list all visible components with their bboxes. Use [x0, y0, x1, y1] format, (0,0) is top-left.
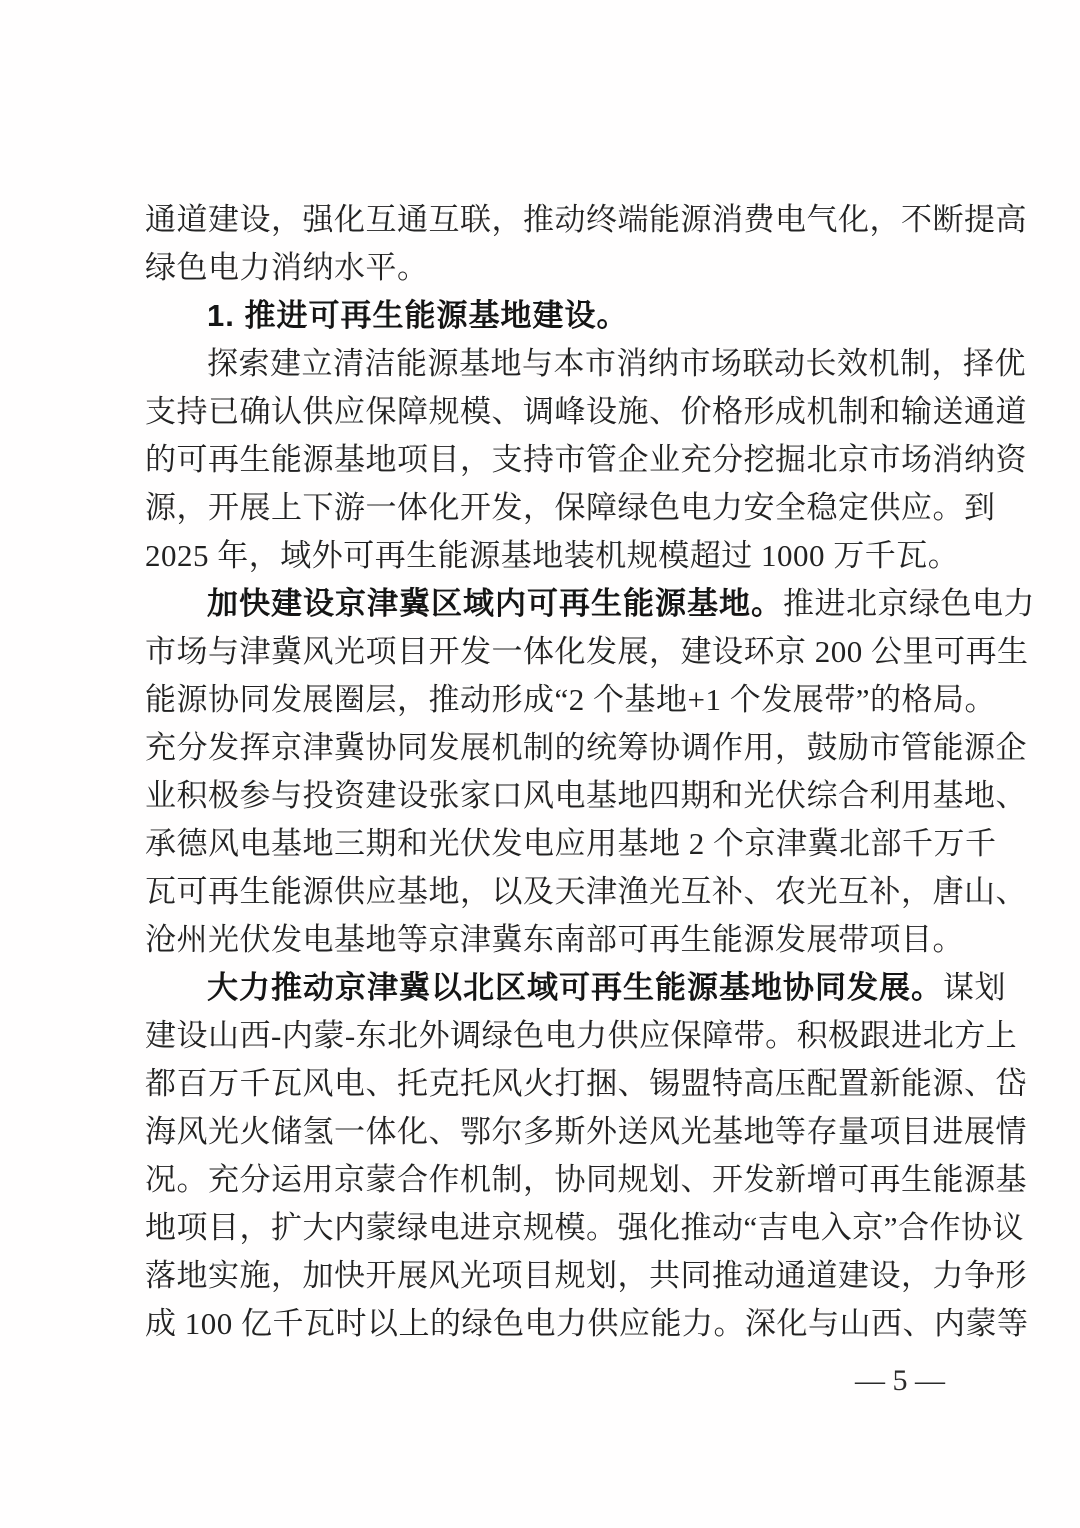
text-line: 承德风电基地三期和光伏发电应用基地 2 个京津冀北部千万千: [145, 820, 945, 868]
text-line: 源，开展上下游一体化开发，保障绿色电力安全稳定供应。到: [145, 484, 945, 532]
line-text: 源，开展上下游一体化开发，保障绿色电力安全稳定供应。到: [145, 490, 996, 525]
text-line: 通道建设，强化互通互联，推动终端能源消费电气化，不断提高: [145, 196, 945, 244]
text-line: 落地实施，加快开展风光项目规划，共同推动通道建设，力争形: [145, 1252, 945, 1300]
section-heading: 1. 推进可再生能源基地建设。: [145, 292, 945, 340]
text-line: 大力推动京津冀以北区域可再生能源基地协同发展。谋划: [145, 964, 945, 1012]
text-line: 瓦可再生能源供应基地，以及天津渔光互补、农光互补，唐山、: [145, 868, 945, 916]
line-text: 海风光火储氢一体化、鄂尔多斯外送风光基地等存量项目进展情: [145, 1114, 1027, 1149]
line-text: 业积极参与投资建设张家口风电基地四期和光伏综合利用基地、: [145, 778, 1027, 813]
line-text: 市场与津冀风光项目开发一体化发展，建设环京 200 公里可再生: [145, 634, 1029, 669]
text-line: 市场与津冀风光项目开发一体化发展，建设环京 200 公里可再生: [145, 628, 945, 676]
line-text: 谋划: [943, 970, 1006, 1005]
paragraph-lead: 1. 推进可再生能源基地建设。: [207, 298, 628, 333]
line-text: 落地实施，加快开展风光项目规划，共同推动通道建设，力争形: [145, 1258, 1027, 1293]
line-text: 的可再生能源基地项目，支持市管企业充分挖掘北京市场消纳资: [145, 442, 1027, 477]
text-line: 2025 年，域外可再生能源基地装机规模超过 1000 万千瓦。: [145, 532, 945, 580]
line-text: 2025 年，域外可再生能源基地装机规模超过 1000 万千瓦。: [145, 538, 959, 573]
line-text: 都百万千瓦风电、托克托风火打捆、锡盟特高压配置新能源、岱: [145, 1066, 1027, 1101]
text-line: 探索建立清洁能源基地与本市消纳市场联动长效机制，择优: [145, 340, 945, 388]
document-page: 通道建设，强化互通互联，推动终端能源消费电气化，不断提高 绿色电力消纳水平。 1…: [0, 0, 1080, 1528]
text-line: 地项目，扩大内蒙绿电进京规模。强化推动“吉电入京”合作协议: [145, 1204, 945, 1252]
text-line: 的可再生能源基地项目，支持市管企业充分挖掘北京市场消纳资: [145, 436, 945, 484]
line-text: 绿色电力消纳水平。: [145, 250, 429, 285]
line-text: 成 100 亿千瓦时以上的绿色电力供应能力。深化与山西、内蒙等: [145, 1306, 1029, 1341]
line-text: 充分发挥京津冀协同发展机制的统筹协调作用，鼓励市管能源企: [145, 730, 1027, 765]
text-line: 成 100 亿千瓦时以上的绿色电力供应能力。深化与山西、内蒙等: [145, 1300, 945, 1348]
line-text: 承德风电基地三期和光伏发电应用基地 2 个京津冀北部千万千: [145, 826, 997, 861]
paragraph-lead: 大力推动京津冀以北区域可再生能源基地协同发展。: [207, 970, 943, 1005]
line-text: 沧州光伏发电基地等京津冀东南部可再生能源发展带项目。: [145, 922, 964, 957]
line-text: 建设山西-内蒙-东北外调绿色电力供应保障带。积极跟进北方上: [145, 1018, 1017, 1053]
paragraph-lead: 加快建设京津冀区域内可再生能源基地。: [207, 586, 783, 621]
page-number: — 5 —: [855, 1357, 945, 1405]
text-line: 加快建设京津冀区域内可再生能源基地。推进北京绿色电力: [145, 580, 945, 628]
line-text: 况。充分运用京蒙合作机制，协同规划、开发新增可再生能源基: [145, 1162, 1027, 1197]
text-line: 充分发挥京津冀协同发展机制的统筹协调作用，鼓励市管能源企: [145, 724, 945, 772]
text-line: 支持已确认供应保障规模、调峰设施、价格形成机制和输送通道: [145, 388, 945, 436]
text-line: 绿色电力消纳水平。: [145, 244, 945, 292]
text-line: 都百万千瓦风电、托克托风火打捆、锡盟特高压配置新能源、岱: [145, 1060, 945, 1108]
line-text: 支持已确认供应保障规模、调峰设施、价格形成机制和输送通道: [145, 394, 1027, 429]
text-line: 能源协同发展圈层，推动形成“2 个基地+1 个发展带”的格局。: [145, 676, 945, 724]
text-line: 海风光火储氢一体化、鄂尔多斯外送风光基地等存量项目进展情: [145, 1108, 945, 1156]
line-text: 地项目，扩大内蒙绿电进京规模。强化推动“吉电入京”合作协议: [145, 1210, 1024, 1245]
text-line: 况。充分运用京蒙合作机制，协同规划、开发新增可再生能源基: [145, 1156, 945, 1204]
line-text: 探索建立清洁能源基地与本市消纳市场联动长效机制，择优: [207, 346, 1026, 381]
line-text: 推进北京绿色电力: [783, 586, 1035, 621]
line-text: 能源协同发展圈层，推动形成“2 个基地+1 个发展带”的格局。: [145, 682, 996, 717]
document-body: 通道建设，强化互通互联，推动终端能源消费电气化，不断提高 绿色电力消纳水平。 1…: [145, 196, 945, 1348]
text-line: 业积极参与投资建设张家口风电基地四期和光伏综合利用基地、: [145, 772, 945, 820]
line-text: 通道建设，强化互通互联，推动终端能源消费电气化，不断提高: [145, 202, 1027, 237]
line-text: 瓦可再生能源供应基地，以及天津渔光互补、农光互补，唐山、: [145, 874, 1027, 909]
text-line: 沧州光伏发电基地等京津冀东南部可再生能源发展带项目。: [145, 916, 945, 964]
text-line: 建设山西-内蒙-东北外调绿色电力供应保障带。积极跟进北方上: [145, 1012, 945, 1060]
